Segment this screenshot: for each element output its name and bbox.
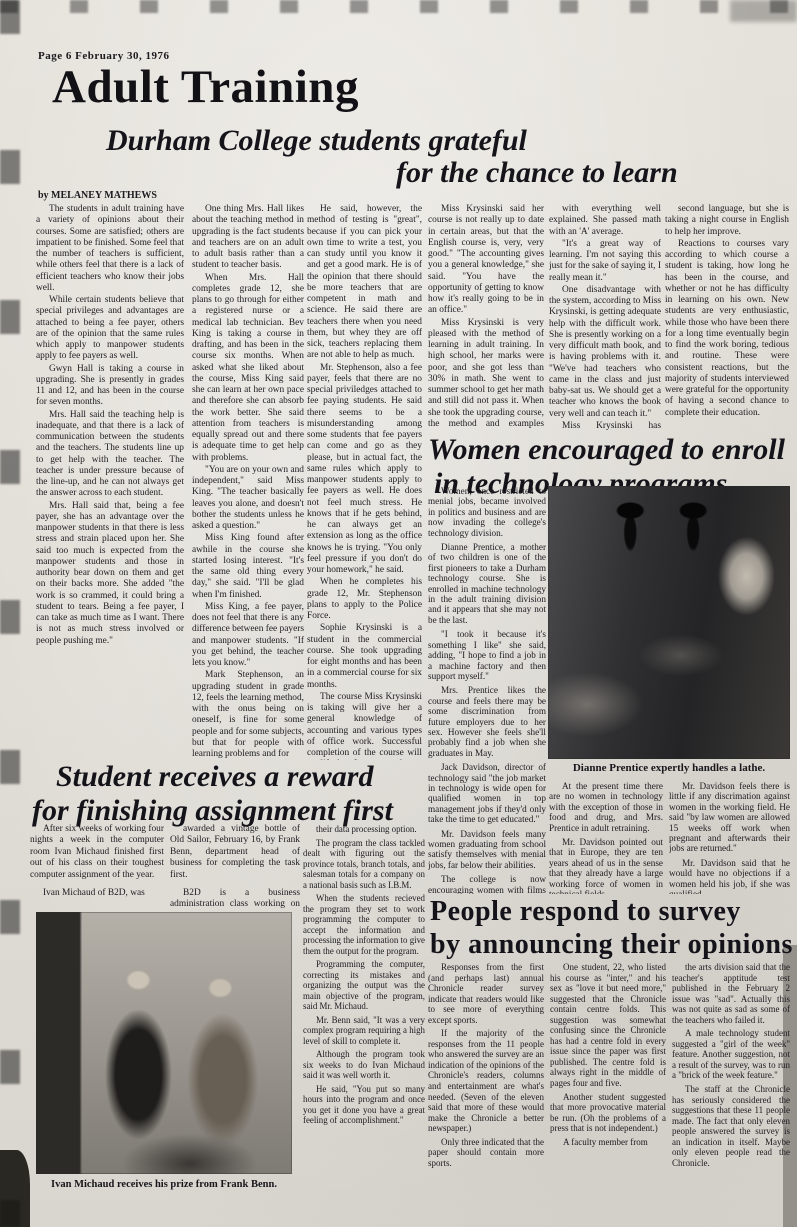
survey-column-2: One student, 22, who listed his course a… — [550, 962, 666, 1184]
paragraph: The course Miss Krysinski is taking will… — [307, 692, 422, 760]
paragraph: The staff at the Chronicle has seriously… — [672, 1084, 790, 1168]
paragraph: awarded a vintage bottle of Old Sailor, … — [170, 824, 300, 881]
women-column-1: Women, once restricted to menial jobs, b… — [428, 486, 546, 894]
lathe-photo — [548, 486, 790, 759]
paragraph: Jack Davidson, director of technology sa… — [428, 762, 546, 824]
paragraph: Although the program took six weeks to d… — [303, 1049, 425, 1081]
women-column-3: Mr. Davidson feels there is little if an… — [669, 781, 790, 894]
survey-column-1: Responses from the first (and perhaps la… — [428, 962, 544, 1178]
paragraph: their data processing option. — [303, 824, 425, 835]
newspaper-page: Page 6 February 30, 1976 Adult Training … — [0, 0, 797, 1227]
student-headline-line-2: for finishing assignment first — [32, 794, 393, 828]
paragraph: If the majority of the responses from th… — [428, 1028, 544, 1133]
paragraph: Miss Krysinski said her course is not re… — [428, 204, 544, 317]
paragraph: Miss King found after awhile in the cour… — [192, 533, 304, 601]
paragraph: Gwyn Hall is taking a course in upgradin… — [36, 364, 184, 409]
survey-headline-line-2: by announcing their opinions — [430, 929, 793, 961]
subheadline-line-2: for the chance to learn — [396, 156, 678, 190]
subheadline-line-1: Durham College students grateful — [106, 124, 527, 158]
paragraph: Women, once restricted to menial jobs, b… — [428, 486, 546, 538]
adult-training-column-6: second language, but she is taking a nig… — [665, 204, 789, 430]
paragraph: One thing Mrs. Hall likes about the teac… — [192, 204, 304, 272]
student-column-2: awarded a vintage bottle of Old Sailor, … — [170, 824, 300, 910]
paragraph: second language, but she is taking a nig… — [665, 204, 789, 238]
paragraph: One disadvantage with the system, accord… — [549, 285, 661, 420]
paragraph: Mrs. Prentice likes the course and feels… — [428, 685, 546, 758]
scan-artifact-bottom-left-corner — [0, 1150, 30, 1227]
scan-artifact-top-right — [730, 0, 797, 22]
paragraph: Responses from the first (and perhaps la… — [428, 962, 544, 1025]
scan-artifact-top-edge — [0, 0, 797, 13]
adult-training-column-3: He said, however, the method of testing … — [307, 204, 422, 760]
paragraph: Mrs. Hall said that, being a fee payer, … — [36, 501, 184, 647]
paragraph: One student, 22, who listed his course a… — [550, 962, 666, 1089]
prize-photo-caption: Ivan Michaud receives his prize from Fra… — [30, 1179, 298, 1190]
paragraph: Mr. Benn said, "It was a very complex pr… — [303, 1015, 425, 1047]
women-headline-line-1: Women encouraged to enroll — [428, 433, 785, 467]
lathe-photo-caption: Dianne Prentice expertly handles a lathe… — [548, 762, 790, 774]
paragraph: Mr. Davidson feels many women graduating… — [428, 829, 546, 871]
paragraph: At the present time there are no women i… — [549, 781, 663, 833]
adult-training-column-2: One thing Mrs. Hall likes about the teac… — [192, 204, 304, 760]
paragraph: Miss Krysinski has trouble with English … — [549, 421, 661, 432]
paragraph: Sophie Krysinski is a student in the com… — [307, 623, 422, 691]
women-column-2: At the present time there are no women i… — [549, 781, 663, 894]
paragraph: Miss King, a fee payer, does not feel th… — [192, 602, 304, 670]
adult-training-column-1: The students in adult training have a va… — [36, 204, 184, 748]
paragraph: A faculty member from — [550, 1137, 666, 1148]
student-column-3: their data processing option.The program… — [303, 824, 425, 1210]
adult-training-column-4: Miss Krysinski said her course is not re… — [428, 204, 544, 430]
paragraph: Reactions to courses vary according to w… — [665, 239, 789, 419]
paragraph: He said, "You put so many hours into the… — [303, 1084, 425, 1126]
byline: by MELANEY MATHEWS — [38, 190, 157, 201]
paragraph: When he completes his grade 12, Mr. Step… — [307, 577, 422, 622]
paragraph: Mr. Davidson feels there is little if an… — [669, 781, 790, 854]
paragraph: "I took it because it's something I like… — [428, 629, 546, 681]
paragraph: Mark Stephenson, an upgrading student in… — [192, 670, 304, 760]
student-headline-line-1: Student receives a reward — [56, 760, 373, 794]
student-column-1: After six weeks of working four nights a… — [30, 824, 164, 910]
paragraph: The students in adult training have a va… — [36, 204, 184, 294]
paragraph: Only three indicated that the paper shou… — [428, 1137, 544, 1169]
paragraph: When Mrs. Hall completes grade 12, she p… — [192, 273, 304, 464]
paragraph: Another student suggested that more prov… — [550, 1092, 666, 1134]
paragraph: Miss Krysinski is very pleased with the … — [428, 318, 544, 431]
paragraph: the arts division said that the teacher'… — [672, 962, 790, 1025]
paragraph: When the students recieved the program t… — [303, 893, 425, 956]
paragraph: B2D is a business administration class w… — [170, 888, 300, 910]
prize-photo — [36, 912, 292, 1174]
paragraph: Mr. Davidson said that he would have no … — [669, 858, 790, 894]
survey-headline-line-1: People respond to survey — [430, 896, 741, 928]
paragraph: Mr. Stephenson, also a fee payer, feels … — [307, 363, 422, 577]
paragraph: While certain students believe that spec… — [36, 295, 184, 363]
paragraph: "You are on your own and independent," s… — [192, 465, 304, 533]
paragraph: After six weeks of working four nights a… — [30, 824, 164, 881]
paragraph: Ivan Michaud of B2D, was — [30, 888, 164, 899]
paragraph: Programming the computer, correcting its… — [303, 959, 425, 1012]
paragraph: "It's a great way of learning. I'm not s… — [549, 239, 661, 284]
main-headline: Adult Training — [52, 64, 359, 111]
paragraph: The college is now encouraging women wit… — [428, 874, 546, 894]
survey-column-3: the arts division said that the teacher'… — [672, 962, 790, 1184]
paragraph: Dianne Prentice, a mother of two childre… — [428, 542, 546, 625]
scan-artifact-left-edge — [0, 0, 20, 1227]
adult-training-column-5: with everything well explained. She pass… — [549, 204, 661, 432]
paragraph: He said, however, the method of testing … — [307, 204, 422, 362]
paragraph: The program the class tackled dealt with… — [303, 838, 425, 891]
paragraph: Mrs. Hall said the teaching help is inad… — [36, 410, 184, 500]
paragraph: A male technology student suggested a "g… — [672, 1028, 790, 1081]
paragraph: Mr. Davidson pointed out that in Europe,… — [549, 837, 663, 894]
paragraph: with everything well explained. She pass… — [549, 204, 661, 238]
